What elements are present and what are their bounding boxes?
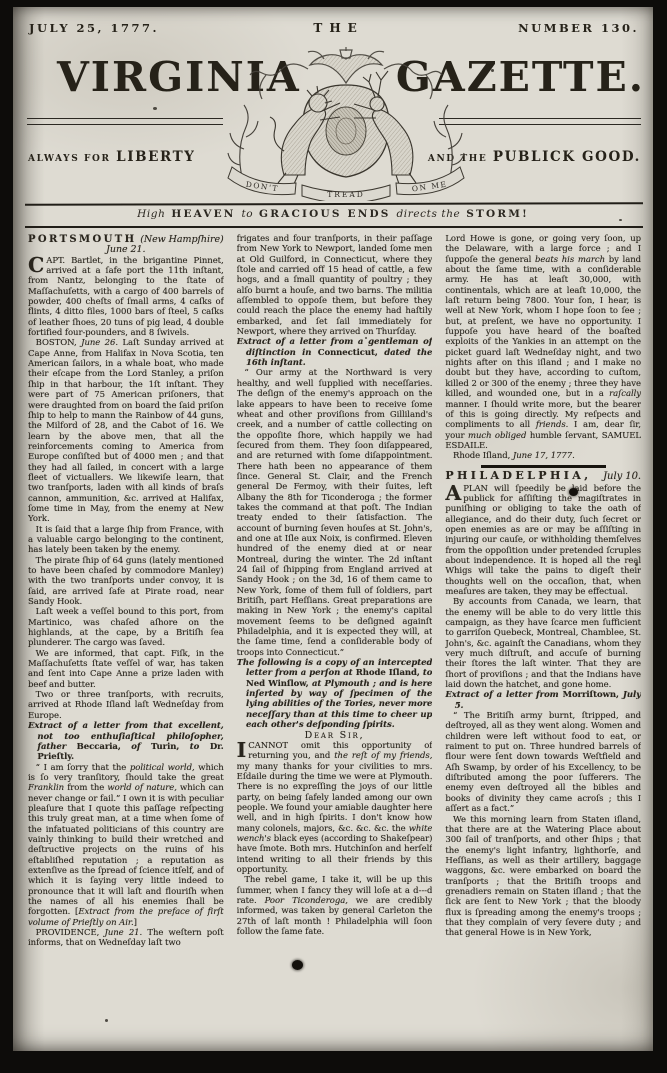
letter-extract-heading: Extract of a letter from Morriſtown, Jul… bbox=[445, 690, 641, 711]
column-1: PORTSMOUTH(New Hampſhire)June 21.CAPT. B… bbox=[28, 234, 224, 1041]
paragraph: BOSTON, June 26. Laſt Sunday arrived at … bbox=[28, 338, 224, 524]
paragraph: The rebel game, I take it, will be up th… bbox=[237, 875, 433, 937]
column-3: Lord Howe is gone, or going very ſoon, u… bbox=[445, 234, 641, 1041]
ink-speck bbox=[635, 563, 638, 566]
paragraph: We this morning learn from Staten iſland… bbox=[445, 815, 641, 939]
banner-text-tread: TREAD bbox=[327, 190, 365, 199]
section-date: (New Hampſhire) bbox=[140, 235, 223, 245]
newspaper-photo: JULY 25, 1777. THE NUMBER 130. VIRGINIA … bbox=[0, 0, 667, 1073]
ink-speck bbox=[105, 1019, 108, 1022]
issue-number: NUMBER 130. bbox=[518, 21, 639, 35]
motto-line: High HEAVEN to GRACIOUS ENDS directs the… bbox=[13, 208, 653, 220]
slogan-left: ALWAYS FOR LIBERTY bbox=[28, 146, 196, 165]
slogan-left-big: LIBERTY bbox=[116, 149, 195, 165]
section-divider bbox=[481, 465, 606, 469]
paragraph: PROVIDENCE, June 21. The weſtern poſt in… bbox=[28, 928, 224, 949]
rule-above-motto bbox=[25, 202, 643, 206]
section-heading: PHILADELPHIA,July 10. bbox=[445, 471, 641, 482]
coat-of-arms-engraving: DON'T TREAD ON ME bbox=[226, 47, 466, 201]
letter-extract-heading: The following is a copy of an intercepte… bbox=[237, 658, 433, 730]
drop-cap: I bbox=[237, 741, 249, 760]
ink-speck bbox=[619, 219, 622, 221]
ink-blot bbox=[569, 488, 578, 496]
paragraph: Two or three tranſports, with recruits, … bbox=[28, 690, 224, 721]
ink-speck bbox=[365, 337, 367, 339]
paragraph: frigates and four tranſports, in their p… bbox=[237, 234, 433, 337]
drop-cap: C bbox=[28, 256, 46, 275]
paragraph: “ Our army at the Northward is very heal… bbox=[237, 368, 433, 658]
slogan-right-big: PUBLICK GOOD. bbox=[493, 149, 641, 165]
paragraph: It is ſaid that a large ſhip from France… bbox=[28, 525, 224, 556]
article-columns: PORTSMOUTH(New Hampſhire)June 21.CAPT. B… bbox=[28, 234, 641, 1041]
letter-extract-heading: Extract of a letter from that excellent,… bbox=[28, 721, 224, 762]
paragraph: Laſt week a veſſel bound to this port, f… bbox=[28, 607, 224, 648]
paragraph: The pirate ſhip of 64 guns (lately menti… bbox=[28, 556, 224, 608]
section-city: PHILADELPHIA, bbox=[445, 471, 591, 481]
paragraph: APLAN will ſpeedily be laid before the p… bbox=[445, 484, 641, 598]
issue-date: JULY 25, 1777. bbox=[29, 21, 159, 35]
drop-cap: A bbox=[445, 484, 463, 503]
paragraph: ICANNOT omit this opportunity of returni… bbox=[237, 741, 433, 875]
ink-speck bbox=[153, 107, 157, 110]
paragraph: By accounts from Canada, we learn, that … bbox=[445, 597, 641, 690]
paragraph: We are informed, that capt. Fiſk, in the… bbox=[28, 649, 224, 690]
ink-speck bbox=[491, 69, 494, 72]
paragraph: Lord Howe is gone, or going very ſoon, u… bbox=[445, 234, 641, 451]
masthead-the: THE bbox=[313, 21, 363, 35]
rule-below-motto bbox=[25, 226, 643, 228]
column-2: frigates and four tranſports, in their p… bbox=[237, 234, 433, 1041]
paragraph: “ The Britiſh army burnt, ſtripped, and … bbox=[445, 711, 641, 814]
double-rule-right bbox=[439, 118, 641, 125]
paragraph: “ I am ſorry that the political world, w… bbox=[28, 763, 224, 929]
letter-extract-heading: Extract of a letter from a gentleman of … bbox=[237, 337, 433, 368]
double-rule-left bbox=[27, 118, 223, 125]
letter-dateline: Rhode Iſland, June 17, 1777. bbox=[445, 451, 641, 461]
salutation: Dear Sir, bbox=[237, 731, 433, 741]
newspaper-page: JULY 25, 1777. THE NUMBER 130. VIRGINIA … bbox=[13, 7, 653, 1051]
ink-blot bbox=[292, 960, 303, 970]
section-date: July 10. bbox=[603, 472, 641, 482]
dateline: June 21. bbox=[28, 245, 224, 255]
slogan-left-small: ALWAYS FOR bbox=[28, 154, 111, 164]
masthead-top-row: JULY 25, 1777. THE NUMBER 130. bbox=[29, 21, 639, 35]
paragraph: CAPT. Bartlet, in the brigantine Pinnet,… bbox=[28, 256, 224, 339]
